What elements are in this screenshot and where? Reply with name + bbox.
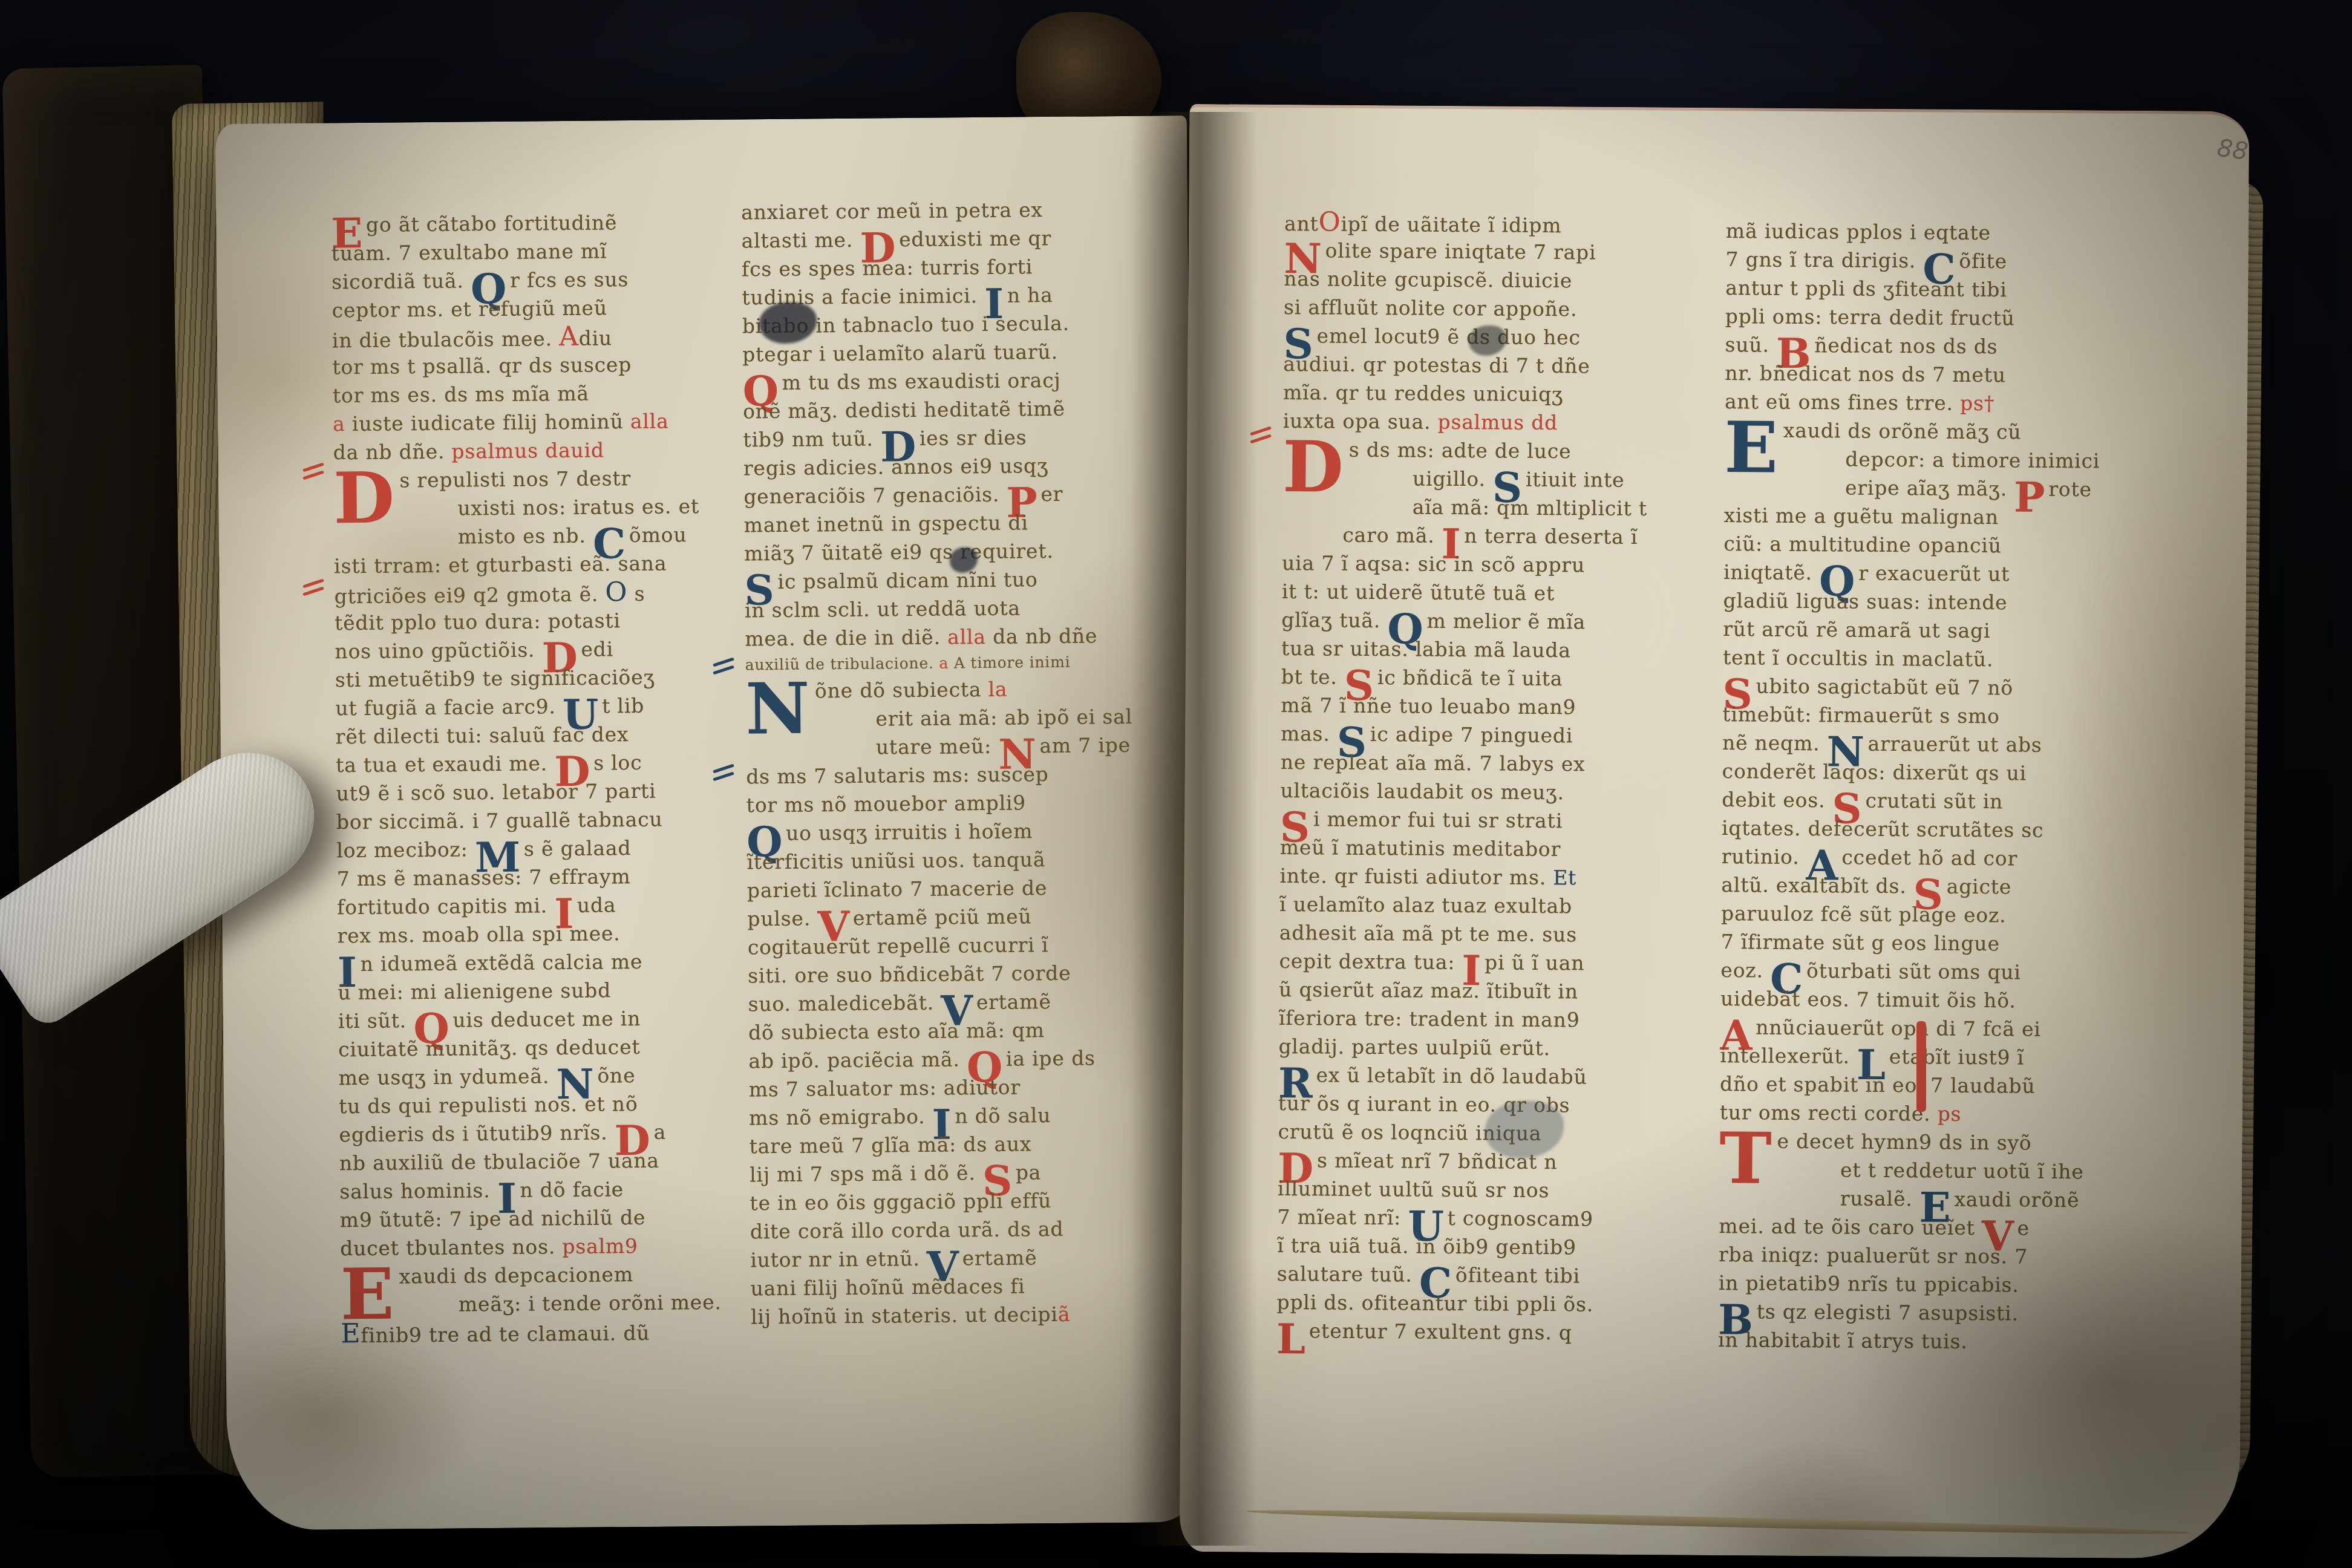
manuscript-line: Exaudi ds orõnẽ mãʒ cũ — [1724, 416, 2123, 447]
script-text: i memor fui tui sr strati — [1313, 807, 1563, 832]
manuscript-line: tor ms es. ds ms mĩa mã — [333, 378, 720, 410]
script-text: a — [333, 412, 352, 436]
script-text: ũ qsierũt aĩaz maz. ĩtibuĩt in — [1279, 978, 1578, 1003]
manuscript-line: tent ĩ occultis in maclatũ. — [1723, 643, 2122, 675]
script-text: uigillo. — [1413, 467, 1492, 491]
script-text: in sclm scli. ut reddã uota — [745, 596, 1021, 622]
script-text: Et — [1553, 866, 1576, 889]
manuscript-line: tib9 nm tuũ. Dies sr dies — [743, 422, 1154, 454]
script-text: a — [653, 1120, 666, 1144]
script-text: s — [627, 582, 645, 606]
script-text: tua sr uitas. labia mã lauda — [1281, 636, 1571, 662]
manuscript-line: altũ. exaltabĩt ds. Sagicte — [1721, 871, 2120, 902]
script-text: m tu ds ms exaudisti oracj — [782, 368, 1061, 394]
manuscript-line: pulse. Vertamẽ pciũ meũ — [747, 901, 1158, 933]
script-text: õturbati sũt oms qui — [1806, 959, 2021, 984]
script-text: alla — [947, 625, 993, 649]
manuscript-line: xisti me a guẽtu malignan — [1723, 501, 2123, 532]
script-text: ms 7 saluator ms: adiutor — [749, 1075, 1021, 1101]
manuscript-line: uani filij hoĩnũ mẽdaces fi — [751, 1270, 1162, 1302]
script-text: sicordiã tuã. — [332, 269, 471, 293]
script-text: m9 ũtutẽ: 7 ipe ad nichilũ de — [340, 1206, 646, 1232]
script-text: mas. — [1281, 722, 1337, 746]
manuscript-line: ms 7 saluator ms: adiutor — [749, 1071, 1160, 1103]
left-page: Ego ãt cãtabo fortitudinẽtuam. 7 exultab… — [215, 116, 1199, 1530]
script-text: intellexerũt. — [1720, 1044, 1857, 1068]
script-text: lij mi 7 sps mã i dõ ẽ. — [750, 1161, 982, 1186]
script-text: t lib — [602, 694, 644, 718]
script-text: ertamẽ pciũ meũ — [853, 904, 1032, 930]
script-text: utare meũ: — [876, 734, 999, 759]
script-text: ĩ uelamĩto alaz tuaz exultab — [1279, 892, 1572, 918]
manuscript-line: Subito sagictabũt eũ 7 nõ — [1723, 671, 2122, 703]
manuscript-line: lij hoĩnũ in stateris. ut decipiã — [751, 1299, 1162, 1331]
manuscript-line: aĩa mã: qm mltiplicit t — [1413, 493, 1700, 523]
script-text: ia ipe ds — [1006, 1046, 1096, 1070]
script-text: glĩaʒ tuã. — [1281, 608, 1387, 632]
manuscript-line: Efinib9 tre ad te clamaui. dũ — [341, 1316, 728, 1348]
script-text: altasti me. — [741, 228, 860, 253]
manuscript-line: antur t ppli ds ʒfiteant tibi — [1725, 273, 2125, 305]
script-text: cepit dextra tua: — [1279, 949, 1462, 974]
manuscript-line: ũ mei: mi alienigene subd — [338, 975, 725, 1007]
manuscript-line: iutor nr in etnũ. Vertamẽ — [750, 1242, 1161, 1274]
script-text: ant — [1284, 212, 1319, 235]
manuscript-line: onẽ mãʒ. dedisti heditatẽ timẽ — [743, 394, 1154, 426]
script-text: lij hoĩnũ in stateris. ut decipi — [751, 1302, 1058, 1328]
manuscript-line: ant eũ oms fines trre. ps† — [1725, 387, 2124, 419]
illuminated-initial: P — [2014, 473, 2045, 521]
pen-flourish — [302, 582, 324, 598]
script-text: rote — [2048, 477, 2092, 501]
script-text: O — [605, 577, 627, 607]
script-text: fortitudo capitis mi. — [337, 893, 554, 919]
manuscript-line: suũ. Bñedicat nos ds ds — [1725, 330, 2124, 362]
manuscript-line: iniqtatẽ. Qr exacuerũt ut — [1723, 558, 2123, 589]
script-text: tu ds qui repulisti nos. et nõ — [339, 1092, 638, 1118]
script-text: generaciõis 7 genaciõis. — [743, 483, 1007, 509]
manuscript-line: in habitabit ĩ atrys tuis. — [1718, 1325, 2117, 1357]
manuscript-line: meũ ĩ matutinis meditabor — [1280, 833, 1697, 864]
manuscript-line: inte. qr fuisti adiutor ms. Et — [1279, 861, 1697, 893]
script-text: uxisti nos: iratus es. et — [457, 494, 699, 520]
script-text: tare meũ 7 glĩa mã: ds aux — [749, 1132, 1031, 1158]
script-text: cogitauerũt repellẽ cucurri ĩ — [748, 933, 1049, 959]
script-text: erit aia mã: ab ipõ ei sal — [875, 705, 1132, 731]
manuscript-line: tuam. 7 exultabo mane mĩ — [332, 236, 719, 268]
script-text: paruuloz fcẽ sũt plage eoz. — [1721, 901, 2007, 927]
illuminated-initial: T — [1719, 1117, 1772, 1200]
script-text: ultaciõis laudabit os meuʒ. — [1280, 779, 1564, 804]
manuscript-line: mã iudicas pplos i eqtate — [1726, 217, 2125, 248]
script-text: uani filij hoĩnũ mẽdaces fi — [751, 1274, 1025, 1300]
manuscript-line: manet inetnũ in gspectu di — [743, 508, 1155, 540]
script-text: la — [981, 678, 1007, 701]
manuscript-line: auxiliũ de tribulacione. a A timore inim… — [745, 650, 1157, 678]
script-text: egdieris ds i ũtutib9 nrĩs. — [339, 1120, 615, 1146]
manuscript-line: paruuloz fcẽ sũt plage eoz. — [1721, 899, 2120, 930]
script-text: ds ms 7 salutaris ms: suscep — [746, 762, 1049, 788]
script-text: siti. ore suo bñdicebãt 7 corde — [748, 961, 1071, 988]
script-text: uidebãt eos. 7 timuit õis hõ. — [1720, 987, 2016, 1012]
script-text: n ha — [1007, 283, 1053, 307]
script-text: adhesit aĩa mã pt te me. sus — [1279, 921, 1577, 946]
script-text: crutati sũt in — [1865, 789, 2003, 814]
manuscript-line: antOipĩ de uãitate ĩ idipm — [1284, 207, 1702, 239]
manuscript-line: regis adicies. annos ei9 usqʒ — [743, 451, 1155, 483]
script-text: s ẽ galaad — [524, 836, 632, 861]
script-text: ms nõ emigrabo. — [749, 1105, 932, 1130]
manuscript-line: tu ds qui repulisti nos. et nõ — [339, 1089, 726, 1121]
script-text: altũ. exaltabĩt ds. — [1721, 873, 1913, 898]
script-text: meãʒ: i tende orõni mee. — [459, 1290, 722, 1316]
script-text: ex ũ letabĩt in dõ laudabũ — [1316, 1063, 1587, 1088]
manuscript-line: utare meũ: Nam 7 ipe — [876, 731, 1157, 762]
script-text: n idumeã extẽdã calcia me — [360, 950, 642, 976]
manuscript-line: dõ subiecta esto aĩa mã: qm — [748, 1014, 1160, 1047]
manuscript-line: siti. ore suo bñdicebãt 7 corde — [748, 958, 1159, 990]
script-text: mã 7 ĩ nñe tuo leuabo man9 — [1281, 693, 1576, 719]
script-text: nb auxiliũ de tbulaciõe 7 uana — [339, 1149, 659, 1175]
illuminated-initial: D — [1282, 426, 1344, 509]
manuscript-line: tur õs q iurant in eo. qr obs — [1278, 1089, 1696, 1120]
script-text: pi ũ ĩ uan — [1485, 950, 1584, 975]
text-column-2: anxiaret cor meũ in petra exaltasti me. … — [741, 195, 1162, 1331]
manuscript-line: ne repleat aĩa mã. 7 labys ex — [1281, 748, 1698, 779]
manuscript-line: me usqʒ in ydumeã. Nõne — [338, 1060, 725, 1093]
manuscript-line: ũ qsierũt aĩaz maz. ĩtibuĩt in — [1279, 975, 1696, 1007]
script-text: mĩa. qr tu reddes unicuiqʒ — [1283, 381, 1564, 406]
script-text: eripe aĩaʒ mãʒ. — [1845, 475, 2014, 500]
manuscript-line: tua sr uitas. labia mã lauda — [1281, 634, 1699, 665]
script-text: olite spare iniqtate 7 rapi — [1325, 238, 1596, 264]
script-text: iutor nr in etnũ. — [750, 1247, 927, 1272]
manuscript-line: illuminet uultũ suũ sr nos — [1278, 1174, 1695, 1206]
manuscript-line: timebũt: firmauerũt s smo — [1722, 700, 2122, 731]
script-text: manet inetnũ in gspectu di — [744, 511, 1028, 537]
manuscript-line: depcor: a timore inimici — [1845, 445, 2123, 475]
script-text: misto es nb. — [458, 524, 593, 549]
script-text: 7 ms ẽ manasses: 7 effraym — [337, 864, 631, 890]
script-text: tor ms nõ mouebor ampli9 — [746, 791, 1027, 817]
script-text: rex ms. moab olla spi mee. — [337, 921, 620, 947]
manuscript-line: salus hominis. In dõ facie — [339, 1174, 727, 1206]
script-text: pa — [1016, 1160, 1042, 1184]
script-text: eduxisti me qr — [899, 226, 1051, 251]
script-text: tẽdit pplo tuo dura: potasti — [335, 609, 621, 635]
script-text: salus hominis. — [339, 1178, 497, 1203]
script-text: rba iniqz: pualuerũt sr nos. 7 — [1719, 1243, 2028, 1269]
manuscript-line: anxiaret cor meũ in petra ex — [741, 195, 1152, 227]
script-text: tent ĩ occultis in maclatũ. — [1723, 645, 1994, 671]
manuscript-line: ppli ds. ofiteantur tibi ppli õs. — [1276, 1288, 1694, 1319]
manuscript-line: et t reddetur uotũ ĩ ihe — [1840, 1155, 2118, 1186]
script-text: n dõ facie — [520, 1177, 624, 1201]
manuscript-line: parieti ĩclinato 7 macerie de — [747, 872, 1158, 904]
script-text: sti metuẽtib9 te significaciõeʒ — [335, 665, 655, 692]
script-text: ciũ: a multitudine opanciũ — [1723, 532, 2002, 557]
pen-flourish — [302, 466, 324, 482]
script-text: timebũt: firmauerũt s smo — [1722, 702, 2000, 728]
folio-number: 88 — [2215, 134, 2250, 166]
manuscript-line: nr. bñedicat nos ds 7 metu — [1725, 359, 2124, 390]
script-text: salutare tuũ. — [1277, 1262, 1419, 1287]
manuscript-line: lij mi 7 sps mã i dõ ẽ. Spa — [750, 1157, 1161, 1189]
manuscript-line: Letentur 7 exultent gns. q — [1276, 1316, 1694, 1348]
manuscript-line: ĩferiora tre: tradent in man9 — [1279, 1004, 1696, 1035]
manuscript-line: uigillo. Sitiuit inte — [1413, 465, 1700, 495]
script-text: dite corã illo corda urã. ds ad — [750, 1217, 1064, 1244]
script-text: ne repleat aĩa mã. 7 labys ex — [1281, 750, 1586, 776]
script-text: loz meciboz: — [336, 837, 475, 862]
script-text: O — [1318, 206, 1341, 237]
manuscript-line: fortitudo capitis mi. Iuda — [337, 890, 724, 922]
manuscript-line: si affluũt nolite cor appoñe. — [1284, 293, 1701, 324]
script-text: mea. de die in diẽ. — [745, 626, 947, 651]
manuscript-photo: Ego ãt cãtabo fortitudinẽtuam. 7 exultab… — [0, 0, 2352, 1568]
manuscript-line: tor ms nõ mouebor ampli9 — [746, 788, 1158, 820]
manuscript-line: altasti me. Deduxisti me qr — [741, 223, 1152, 255]
script-text: E — [341, 1318, 361, 1349]
manuscript-line: tẽdit pplo tuo dura: potasti — [335, 606, 722, 638]
manuscript-line: iti sũt. Quis deducet me in — [338, 1004, 725, 1036]
manuscript-line: ds ms 7 salutaris ms: suscep — [746, 759, 1157, 791]
manuscript-line: Ds mĩeat nrĩ 7 bñdicat n — [1278, 1146, 1695, 1177]
manuscript-line: uidebãt eos. 7 timuit õis hõ. — [1720, 984, 2120, 1016]
manuscript-line: rex ms. moab olla spi mee. — [337, 918, 724, 950]
script-text: go ãt cãtabo fortitudinẽ — [366, 211, 618, 237]
script-text: parieti ĩclinato 7 macerie de — [747, 876, 1048, 902]
script-text: gladiũ liguas suas: intende — [1723, 589, 2008, 614]
script-text: gtriciões ei9 q2 gmota ẽ. — [335, 582, 606, 608]
script-text: depcor: a timore inimici — [1845, 447, 2100, 472]
manuscript-line: nb auxiliũ de tbulaciõe 7 uana — [339, 1146, 727, 1178]
manuscript-line: m9 ũtutẽ: 7 ipe ad nichilũ de — [339, 1203, 727, 1235]
manuscript-line: uxisti nos: iratus es. et — [457, 492, 720, 523]
script-text: rutinio. — [1722, 844, 1806, 869]
script-text: 7 gns ĩ tra dirigis. — [1725, 247, 1922, 272]
script-text: ñedicat nos ds ds — [1814, 333, 1998, 358]
script-text: alla — [630, 410, 669, 434]
script-text: ta tua et exaudi me. — [336, 751, 555, 777]
manuscript-line: iuxta opa sua. psalmus dd — [1283, 407, 1700, 438]
script-text: õmou — [629, 523, 687, 547]
manuscript-line: Qm tu ds ms exaudisti oracj — [742, 365, 1154, 397]
script-text: 7 ĩfirmate sũt g eos lingue — [1721, 930, 2000, 955]
script-text: nas nolite gcupiscẽ. diuicie — [1284, 267, 1572, 292]
script-text: iniqtatẽ. — [1723, 560, 1819, 584]
script-text: ppli oms: terra dedit fructũ — [1725, 304, 2015, 330]
script-text: ps† — [1960, 391, 1994, 415]
script-text: uo usqʒ irruitis i hoĩem — [786, 819, 1033, 845]
script-text: debit eos. — [1722, 788, 1832, 812]
manuscript-line: ĩ tra uiã tuã. in õib9 gentib9 — [1277, 1231, 1694, 1263]
manuscript-line: misto es nb. Cõmou — [458, 520, 721, 551]
manuscript-line: loz meciboz: Ms ẽ galaad — [336, 833, 724, 865]
illuminated-initial: N — [745, 668, 811, 751]
script-text: etabĩt iust9 ĩ — [1889, 1045, 2024, 1070]
script-text: ppli ds. ofiteantur tibi ppli õs. — [1276, 1290, 1593, 1316]
script-text: edi — [581, 637, 613, 661]
script-text: ab ipõ. paciẽcia mã. — [748, 1047, 967, 1073]
manuscript-line: in die tbulacõis mee. Adiu — [332, 321, 719, 353]
right-page: antOipĩ de uãitate ĩ idipmNolite spare i… — [1180, 104, 2250, 1559]
script-text: nr. bñedicat nos ds 7 metu — [1725, 361, 2006, 387]
script-text: ic bñdicã te ĩ uita — [1377, 665, 1563, 690]
manuscript-line: ab ipõ. paciẽcia mã. Qia ipe ds — [748, 1043, 1160, 1075]
script-text: a — [939, 655, 949, 672]
script-text: tor ms es. ds ms mĩa mã — [333, 382, 590, 408]
script-text: xisti me a guẽtu malignan — [1724, 503, 1999, 529]
manuscript-line: rba iniqz: pualuerũt sr nos. 7 — [1719, 1240, 2118, 1272]
script-text: da nb dñe — [993, 624, 1098, 648]
script-text: ertamẽ — [976, 990, 1051, 1014]
manuscript-line: bt te. Sic bñdicã te ĩ uita — [1281, 662, 1699, 694]
manuscript-line: 7 mĩeat nrĩ: Ut cognoscam9 — [1277, 1203, 1694, 1234]
manuscript-line: tor ms t psallã. qr ds suscep — [332, 350, 719, 382]
script-text: itiuit inte — [1526, 468, 1625, 492]
script-text: iuste iudicate filij hominũ — [352, 410, 630, 436]
manuscript-line: Rex ũ letabĩt in dõ laudabũ — [1278, 1060, 1696, 1092]
script-text: xaudi orõnẽ — [1954, 1187, 2079, 1212]
manuscript-line: nẽ neqm. Narrauerũt ut abs — [1722, 728, 2122, 760]
manuscript-line: erit aia mã: ab ipõ ei sal — [875, 702, 1157, 733]
script-text: conderẽt laqos: dixerũt qs ui — [1722, 759, 2027, 785]
script-text: ĩterficitis uniũsi uos. tanquã — [746, 848, 1045, 874]
script-text: ic psalmũ dicam nĩni tuo — [777, 567, 1037, 593]
manuscript-line: ut fugiã a facie arc9. Ut lib — [335, 691, 722, 723]
manuscript-line: iqtates. defecerũt scrutãtes sc — [1722, 814, 2121, 845]
illuminated-initial: L — [1276, 1315, 1306, 1364]
manuscript-line: ĩ uelamĩto alaz tuaz exultab — [1279, 890, 1697, 921]
script-text: psalm9 — [562, 1234, 638, 1258]
manuscript-line: ultaciõis laudabit os meuʒ. — [1280, 776, 1697, 808]
manuscript-line: ducet tbulantes nos. psalm9 — [340, 1231, 727, 1263]
manuscript-line: generaciõis 7 genaciõis. Per — [743, 479, 1155, 511]
manuscript-line: rutinio. Accedet hõ ad cor — [1722, 842, 2121, 874]
manuscript-line: te in eo õis gggaciõ ppli effũ — [750, 1185, 1161, 1217]
script-text: suo. maledicebãt. — [748, 991, 941, 1016]
manuscript-line: mei. ad te õis caro ueĩet Ve — [1719, 1212, 2118, 1243]
script-text: ipĩ de uãitate ĩ idipm — [1341, 212, 1561, 238]
manuscript-line: it t: ut uiderẽ ũtutẽ tuã et — [1282, 577, 1699, 609]
manuscript-line: sicordiã tuã. Qr fcs es sus — [332, 264, 719, 296]
script-text: s loc — [593, 751, 642, 775]
script-text: arrauerũt ut abs — [1868, 732, 2042, 757]
script-text: õfite — [1959, 249, 2007, 273]
text-column-3: antOipĩ de uãitate ĩ idipmNolite spare i… — [1276, 207, 1702, 1348]
script-text: iqtates. defecerũt scrutãtes sc — [1722, 816, 2044, 842]
manuscript-line: caro mã. In terra deserta ĩ — [1342, 521, 1699, 552]
script-text: ptegar i uelamĩto alarũ tuarũ. — [742, 340, 1058, 367]
manuscript-line: nos uino gpũctiõis. Dedi — [335, 634, 722, 666]
script-text: õne — [597, 1063, 635, 1088]
script-text: aĩa mã: qm mltiplicit t — [1413, 495, 1647, 521]
script-text: gladij. partes uulpiũ erũt. — [1278, 1034, 1550, 1060]
script-text: ies sr dies — [920, 425, 1027, 450]
script-text: A timore inimi — [949, 653, 1070, 672]
manuscript-line: fcs es spes mea: turris forti — [742, 252, 1153, 284]
manuscript-line: adhesit aĩa mã pt te me. sus — [1279, 918, 1697, 950]
script-text: r fcs es sus — [510, 267, 629, 292]
script-text: r exacuerũt ut — [1858, 561, 2010, 586]
script-text: illuminet uultũ suũ sr nos — [1278, 1177, 1550, 1202]
manuscript-line: rũt arcũ rẽ amarã ut sagi — [1723, 615, 2122, 646]
script-text: 7 mĩeat nrĩ: — [1277, 1205, 1408, 1230]
script-text: m melior ẽ mĩa — [1426, 609, 1586, 634]
manuscript-line: sti metuẽtib9 te significaciõeʒ — [335, 662, 722, 694]
manuscript-line: eripe aĩaʒ mãʒ. Prote — [1845, 473, 2123, 503]
manuscript-line: In idumeã extẽdã calcia me — [338, 947, 725, 979]
script-text: regis adicies. annos ei9 usqʒ — [743, 454, 1049, 480]
script-text: n terra deserta ĩ — [1464, 524, 1638, 549]
script-text: finib9 tre ad te clamaui. dũ — [361, 1321, 650, 1347]
script-text: antur t ppli ds ʒfiteant tibi — [1725, 276, 2007, 301]
script-text: dño et spabit in eo. 7 laudabũ — [1720, 1072, 2036, 1098]
script-text: audiui. qr potestas di 7 t dñe — [1283, 352, 1590, 378]
script-text: ã — [1058, 1302, 1071, 1326]
script-text: õne dõ subiecta — [815, 678, 982, 702]
script-text: rẽt dilecti tui: saluũ fac dex — [336, 722, 629, 748]
manuscript-line: nas nolite gcupiscẽ. diuicie — [1284, 264, 1701, 296]
pen-flourish — [713, 661, 734, 676]
script-text: nos uino gpũctiõis. — [335, 638, 541, 663]
script-text: auxiliũ de tribulacione. — [745, 655, 939, 674]
script-text: caro mã. — [1342, 523, 1442, 547]
script-text: in pietatib9 nrĩs tu ppicabis. — [1719, 1271, 2019, 1296]
manuscript-line: bor siccimã. i 7 guallẽ tabnacu — [336, 805, 724, 837]
manuscript-line: cepit dextra tua: Ipi ũ ĩ uan — [1279, 947, 1696, 978]
script-text: õfiteant tibi — [1455, 1263, 1580, 1287]
script-text: et t reddetur uotũ ĩ ihe — [1840, 1158, 2084, 1183]
script-text: uda — [577, 893, 616, 917]
illuminated-initial: D — [333, 457, 396, 540]
manuscript-line: eoz. Cõturbati sũt oms qui — [1720, 956, 2120, 987]
manuscript-line: conderẽt laqos: dixerũt qs ui — [1722, 757, 2122, 788]
script-text: psalmus dauid — [451, 438, 604, 463]
manuscript-line: debit eos. Scrutati sũt in — [1722, 785, 2121, 817]
script-text: anxiaret cor meũ in petra ex — [741, 198, 1043, 224]
manuscript-line: Te decet hymn9 ds in syõ — [1719, 1126, 2118, 1158]
manuscript-line: gtriciões ei9 q2 gmota ẽ. O s — [334, 577, 721, 609]
script-text: xaudi ds depcacionem — [399, 1263, 633, 1288]
manuscript-line: gladiũ liguas suas: intende — [1723, 586, 2123, 618]
manuscript-line: egdieris ds i ũtutib9 nrĩs. Da — [339, 1117, 726, 1149]
manuscript-line: isti trram: et gturbasti eã. sana — [334, 549, 721, 581]
script-text: e — [2017, 1217, 2030, 1240]
script-text: bt te. — [1281, 665, 1345, 689]
script-text: e decet hymn9 ds in syõ — [1777, 1129, 2031, 1155]
text-column-4: mã iudicas pplos i eqtate7 gns ĩ tra dir… — [1718, 217, 2125, 1357]
manuscript-line: mã 7 ĩ nñe tuo leuabo man9 — [1281, 691, 1698, 722]
manuscript-line: uia 7 ĩ aqsa: sic in scõ appru — [1282, 549, 1699, 580]
manuscript-line: ut9 ẽ i scõ suo. letabor 7 parti — [336, 776, 723, 808]
script-text: s ds ms: adte de luce — [1349, 438, 1572, 463]
manuscript-line: Nõne dõ subiecta la — [745, 674, 1157, 706]
manuscript-line: ptegar i uelamĩto alarũ tuarũ. — [742, 337, 1154, 369]
script-text: in habitabit ĩ atrys tuis. — [1718, 1328, 1968, 1353]
manuscript-line: tare meũ 7 glĩa mã: ds aux — [749, 1128, 1160, 1160]
script-text: psalmus dd — [1437, 410, 1558, 434]
script-text: ic adipe 7 pinguedi — [1370, 722, 1573, 747]
manuscript-line: Exaudi ds depcacionem — [340, 1259, 727, 1292]
manuscript-line: salutare tuũ. Cõfiteant tibi — [1277, 1259, 1694, 1291]
manuscript-line: Sic psalmũ dicam nĩni tuo — [744, 564, 1155, 596]
manuscript-line: ceptor ms. et refugiũ meũ — [332, 293, 719, 325]
script-text: rusalẽ. — [1840, 1186, 1919, 1210]
script-text: ut fugiã a facie arc9. — [335, 694, 563, 720]
manuscript-line: cogitauerũt repellẽ cucurri ĩ — [748, 929, 1159, 961]
